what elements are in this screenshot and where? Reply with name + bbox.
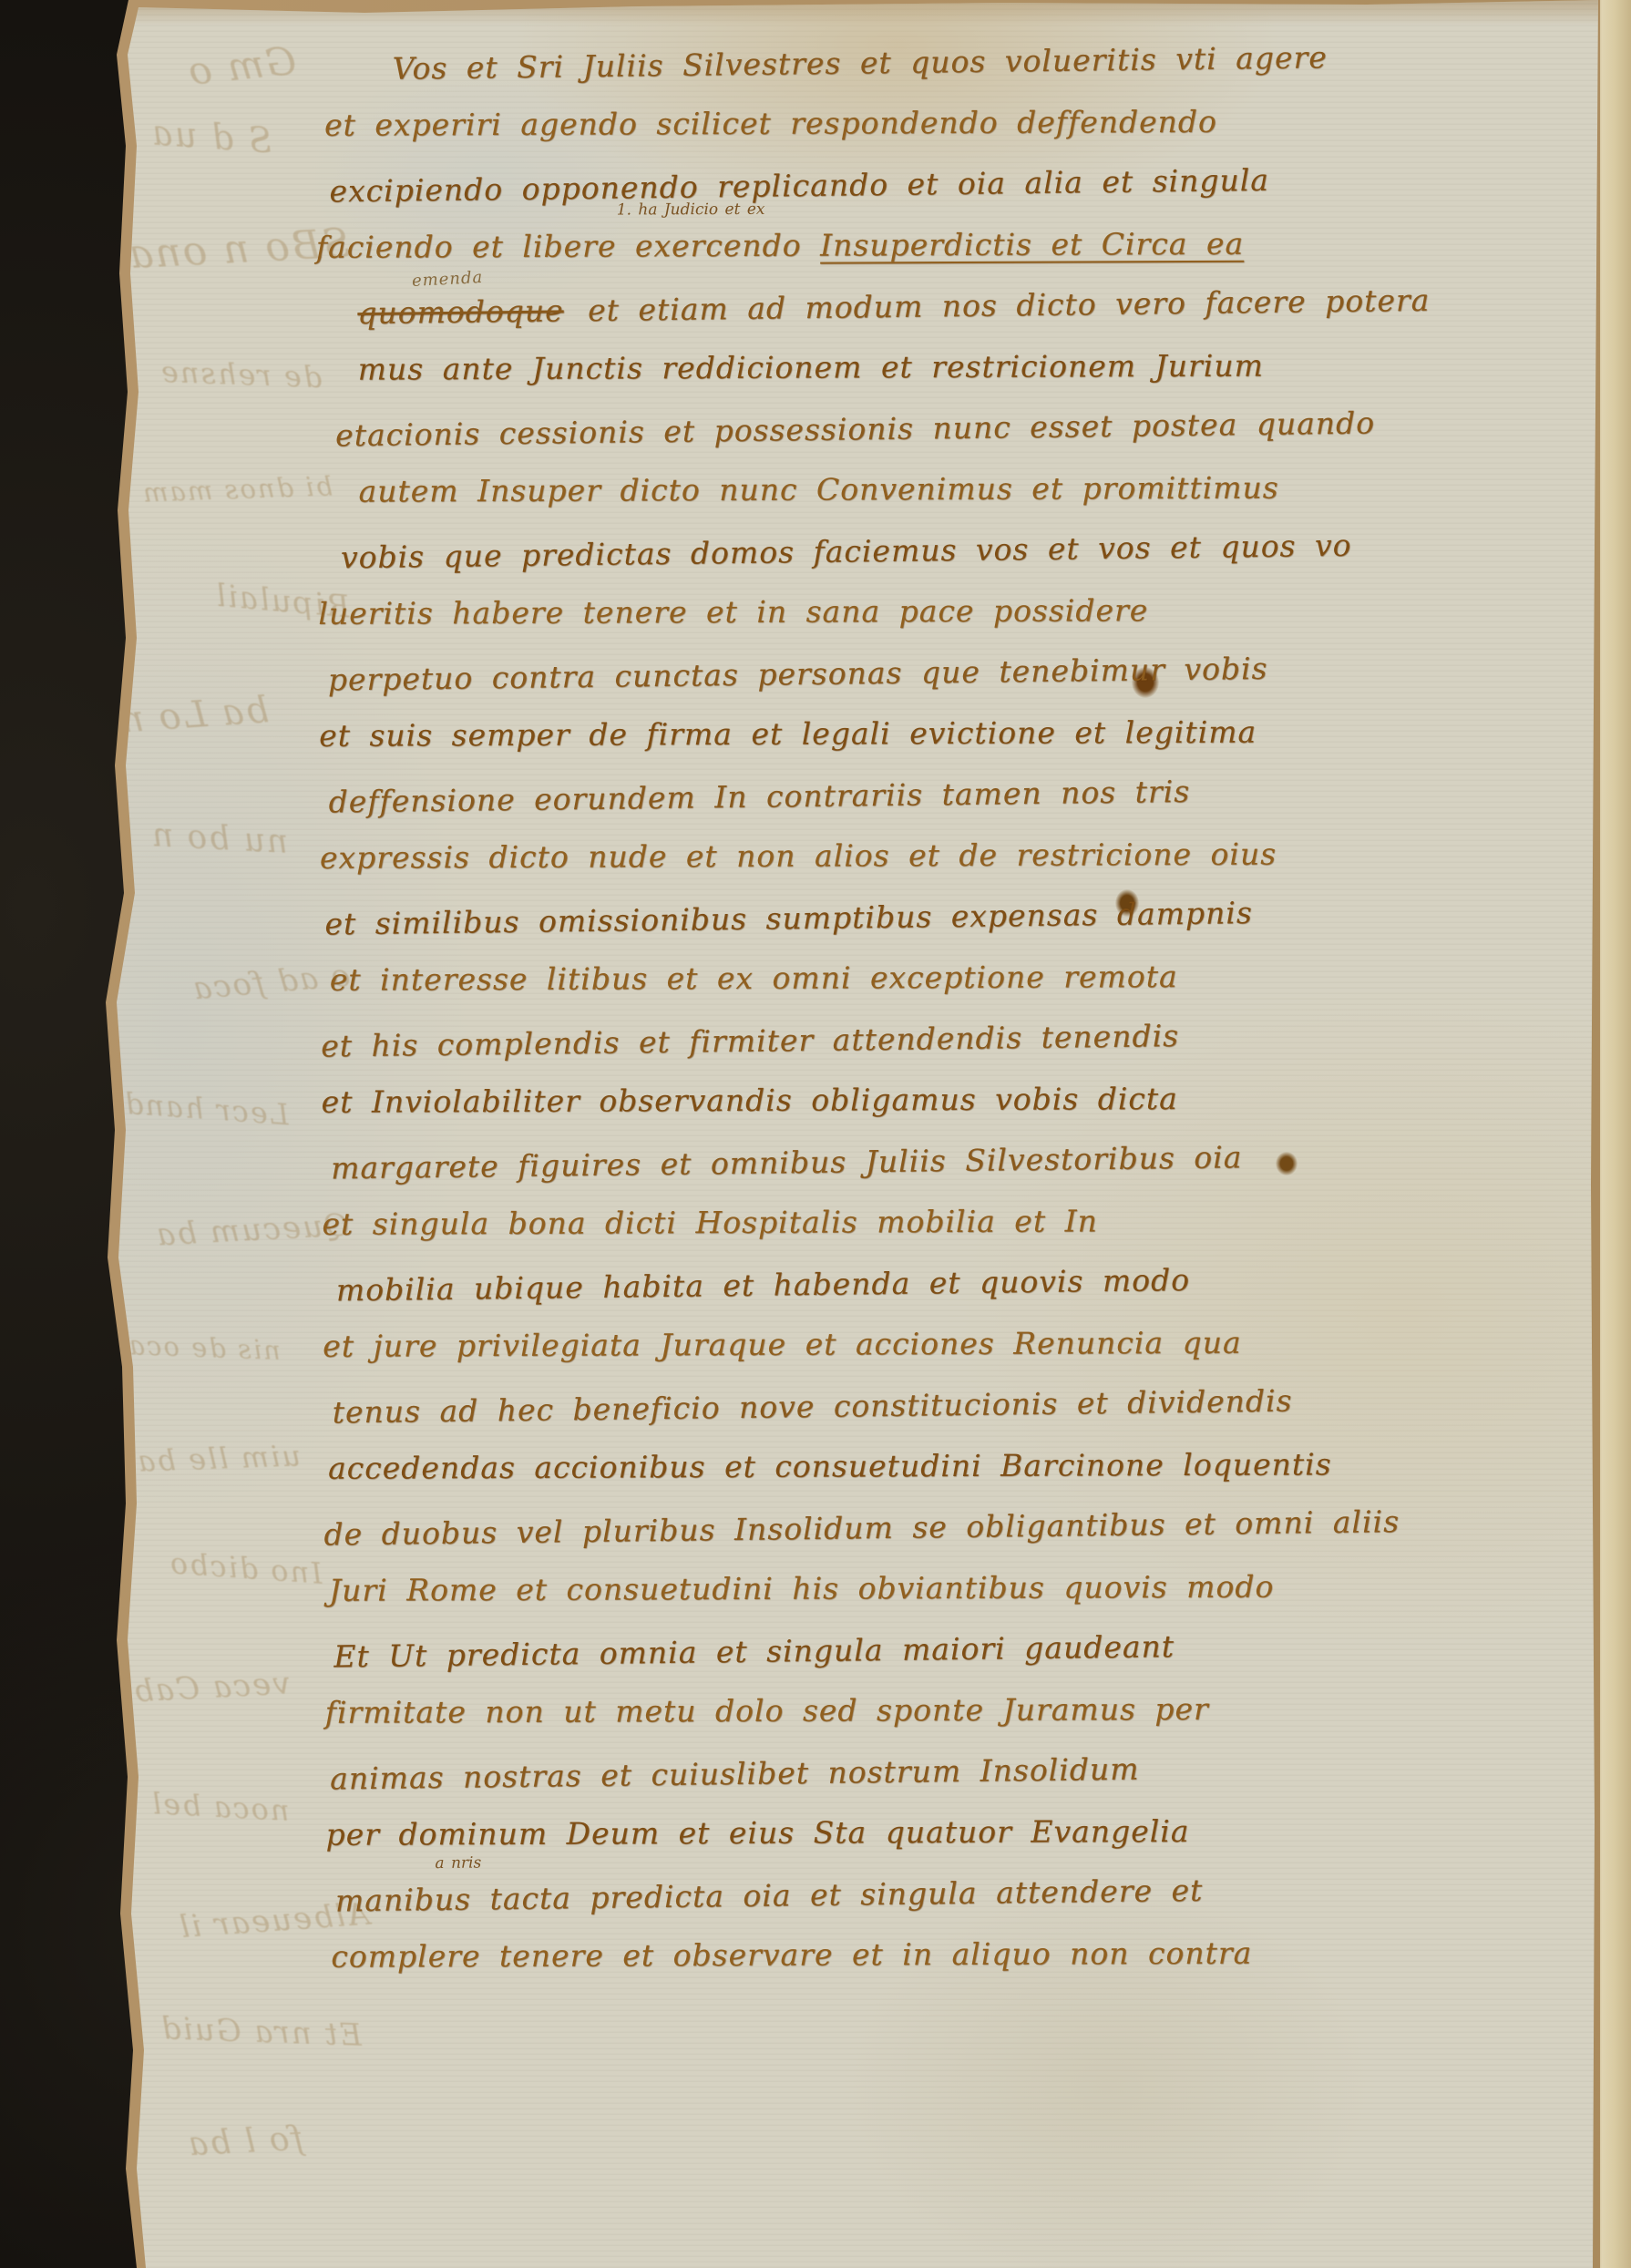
line-text: animas nostras et cuiuslibet nostrum Ins… (330, 1751, 1140, 1797)
line-text: perpetuo contra cunctas personas que ten… (328, 651, 1268, 698)
manuscript-line: a nrismanibus tacta predicta oia et sing… (335, 1854, 1603, 1931)
line-text: et etiam ad modum nos dicto vero facere … (569, 282, 1430, 329)
manuscript-lines: Vos et Sri Juliis Silvestres et quos vol… (314, 27, 1602, 1989)
manuscript-line: et similibus omissionibus sumptibus expe… (324, 877, 1596, 954)
bleedthrough-fragment: Gm o (185, 38, 298, 94)
manuscript-line: et singula bona dicti Hospitalis mobilia… (322, 1188, 1597, 1255)
manuscript-line: mus ante Junctis reddicionem et restrici… (358, 334, 1593, 399)
manuscript-line: et Inviolabiliter observandis obligamus … (321, 1066, 1596, 1133)
bleedthrough-fragment: Et nra Guid (159, 2010, 362, 2054)
manuscript-line: vobis que predictas domos faciemus vos e… (341, 512, 1595, 589)
manuscript-line: quomodoque et etiam ad modum nos dicto v… (357, 268, 1593, 344)
manuscript-line: excipiendo opponendo replicando et oia a… (329, 146, 1592, 222)
line-text: per dominum Deum et eius Sta quatuor Eva… (325, 1813, 1189, 1852)
bleedthrough-fragment: fo l ba (186, 2120, 304, 2164)
manuscript-line: et experiri agendo scilicet respondendo … (324, 89, 1591, 156)
line-text: accedendas accionibus et consuetudini Ba… (328, 1446, 1332, 1485)
bleedthrough-fragment: nu bo n (149, 816, 289, 861)
bleedthrough-fragment: S d ua (149, 112, 273, 160)
line-text: complere tenere et observare et in aliqu… (331, 1935, 1252, 1975)
interlinear-note: a nris (435, 1855, 481, 1872)
line-text: margarete figuires et omnibus Juliis Sil… (331, 1139, 1243, 1185)
bleedthrough-fragment: uim lle ba l (113, 1438, 301, 1479)
line-text: et Inviolabiliter observandis obligamus … (322, 1081, 1178, 1120)
line-text: et interesse litibus et ex omni exceptio… (330, 959, 1178, 998)
bleedthrough-fragment: Ino dicbo (168, 1545, 323, 1591)
interlinear-note: 1. ha Judicio et ex (617, 202, 765, 219)
line-text: lueritis habere tenere et in sana pace p… (318, 592, 1148, 631)
line-text: Juri Rome et consuetudini his obviantibu… (329, 1569, 1275, 1608)
line-text: et experiri agendo scilicet respondendo … (324, 104, 1217, 143)
manuscript-line: deffensione eorundem In contrariis tamen… (328, 755, 1595, 832)
line-text: autem Insuper dicto nunc Convenimus et p… (358, 470, 1278, 509)
manuscript-line: etacionis cessionis et possessionis nunc… (335, 390, 1594, 467)
manuscript-scan: Gm oS d uaSBo n onade rehsnebi dnos mamR… (0, 0, 1631, 2268)
bleedthrough-fragment: nis de oca (127, 1329, 281, 1366)
manuscript-line: autem Insuper dicto nunc Convenimus et p… (358, 456, 1593, 521)
manuscript-line: expressis dicto nude et non alios et de … (320, 822, 1595, 888)
line-text: et singula bona dicti Hospitalis mobilia… (322, 1203, 1098, 1241)
line-text: faciendo et libere exercendo (316, 228, 820, 265)
underlined-text: Insuperdictis et Circa ea (820, 226, 1244, 263)
line-text: et similibus omissionibus sumptibus expe… (324, 895, 1253, 941)
manuscript-line: tenus ad hec beneficio nove constitucion… (332, 1366, 1599, 1442)
bleedthrough-fragment: ba Lo n (118, 689, 271, 741)
manuscript-line: margarete figuires et omnibus Juliis Sil… (331, 1122, 1598, 1198)
line-text: mus ante Junctis reddicionem et restrici… (358, 348, 1264, 387)
manuscript-line: firmitate non ut metu dolo sed sponte Ju… (325, 1677, 1601, 1743)
struck-out-text: quomodoque (357, 292, 564, 331)
line-text: tenus ad hec beneficio nove constitucion… (332, 1383, 1292, 1431)
manuscript-line: complere tenere et observare et in aliqu… (331, 1921, 1602, 1987)
line-text: mobilia ubique habita et habenda et quov… (336, 1262, 1191, 1308)
bleedthrough-fragment: noca bel (149, 1786, 290, 1828)
line-text: vobis que predictas domos faciemus vos e… (341, 528, 1352, 576)
manuscript-line: 1. ha Judicio et exfaciendo et libere ex… (316, 211, 1592, 278)
line-text: excipiendo opponendo replicando et oia a… (329, 162, 1269, 210)
line-text: et jure privilegiata Juraque et acciones… (323, 1325, 1241, 1364)
manuscript-line: Et Ut predicta omnia et singula maiori g… (333, 1610, 1601, 1687)
manuscript-line: et jure privilegiata Juraque et acciones… (323, 1310, 1598, 1377)
line-text: firmitate non ut metu dolo sed sponte Ju… (325, 1691, 1209, 1730)
manuscript-sheet: Gm oS d uaSBo n onade rehsnebi dnos mamR… (0, 0, 1631, 2268)
line-text: Vos et Sri Juliis Silvestres et quos vol… (392, 39, 1328, 87)
manuscript-line: mobilia ubique habita et habenda et quov… (335, 1244, 1598, 1320)
manuscript-line: Vos et Sri Juliis Silvestres et quos vol… (392, 24, 1591, 99)
line-text: et suis semper de firma et legali evicti… (319, 714, 1257, 754)
manuscript-line: animas nostras et cuiuslibet nostrum Ins… (330, 1732, 1602, 1809)
bleedthrough-fragment: Lecr hand (122, 1086, 291, 1133)
bleedthrough-fragment: bi dnos mam (140, 470, 333, 508)
line-text: deffensione eorundem In contrariis tamen… (328, 774, 1190, 820)
manuscript-line: et his complendis et firmiter attendendi… (321, 1000, 1597, 1076)
manuscript-line: et suis semper de firma et legali evicti… (319, 700, 1595, 766)
line-text: Et Ut predicta omnia et singula maiori g… (333, 1628, 1175, 1674)
bleedthrough-fragment: de rehsne (159, 354, 323, 395)
line-text: de duobus vel pluribus Insolidum se obli… (323, 1503, 1400, 1552)
manuscript-line: perpetuo contra cunctas personas que ten… (327, 633, 1595, 710)
manuscript-line: Juri Rome et consuetudini his obviantibu… (329, 1555, 1600, 1621)
line-text: et his complendis et firmiter attendendi… (321, 1018, 1179, 1064)
bleedthrough-fragment: veca Cab (131, 1665, 291, 1709)
manuscript-line: de duobus vel pluribus Insolidum se obli… (323, 1488, 1600, 1565)
line-text: expressis dicto nude et non alios et de … (320, 836, 1277, 876)
manuscript-line: per dominum Deum et eius Sta quatuor Eva… (325, 1799, 1601, 1865)
line-text: manibus tacta predicta oia et singula at… (335, 1873, 1204, 1919)
manuscript-line: lueritis habere tenere et in sana pace p… (318, 578, 1594, 644)
line-text: etacionis cessionis et possessionis nunc… (335, 405, 1375, 453)
manuscript-line: et interesse litibus et ex omni exceptio… (330, 944, 1596, 1011)
manuscript-line: accedendas accionibus et consuetudini Ba… (328, 1432, 1599, 1499)
